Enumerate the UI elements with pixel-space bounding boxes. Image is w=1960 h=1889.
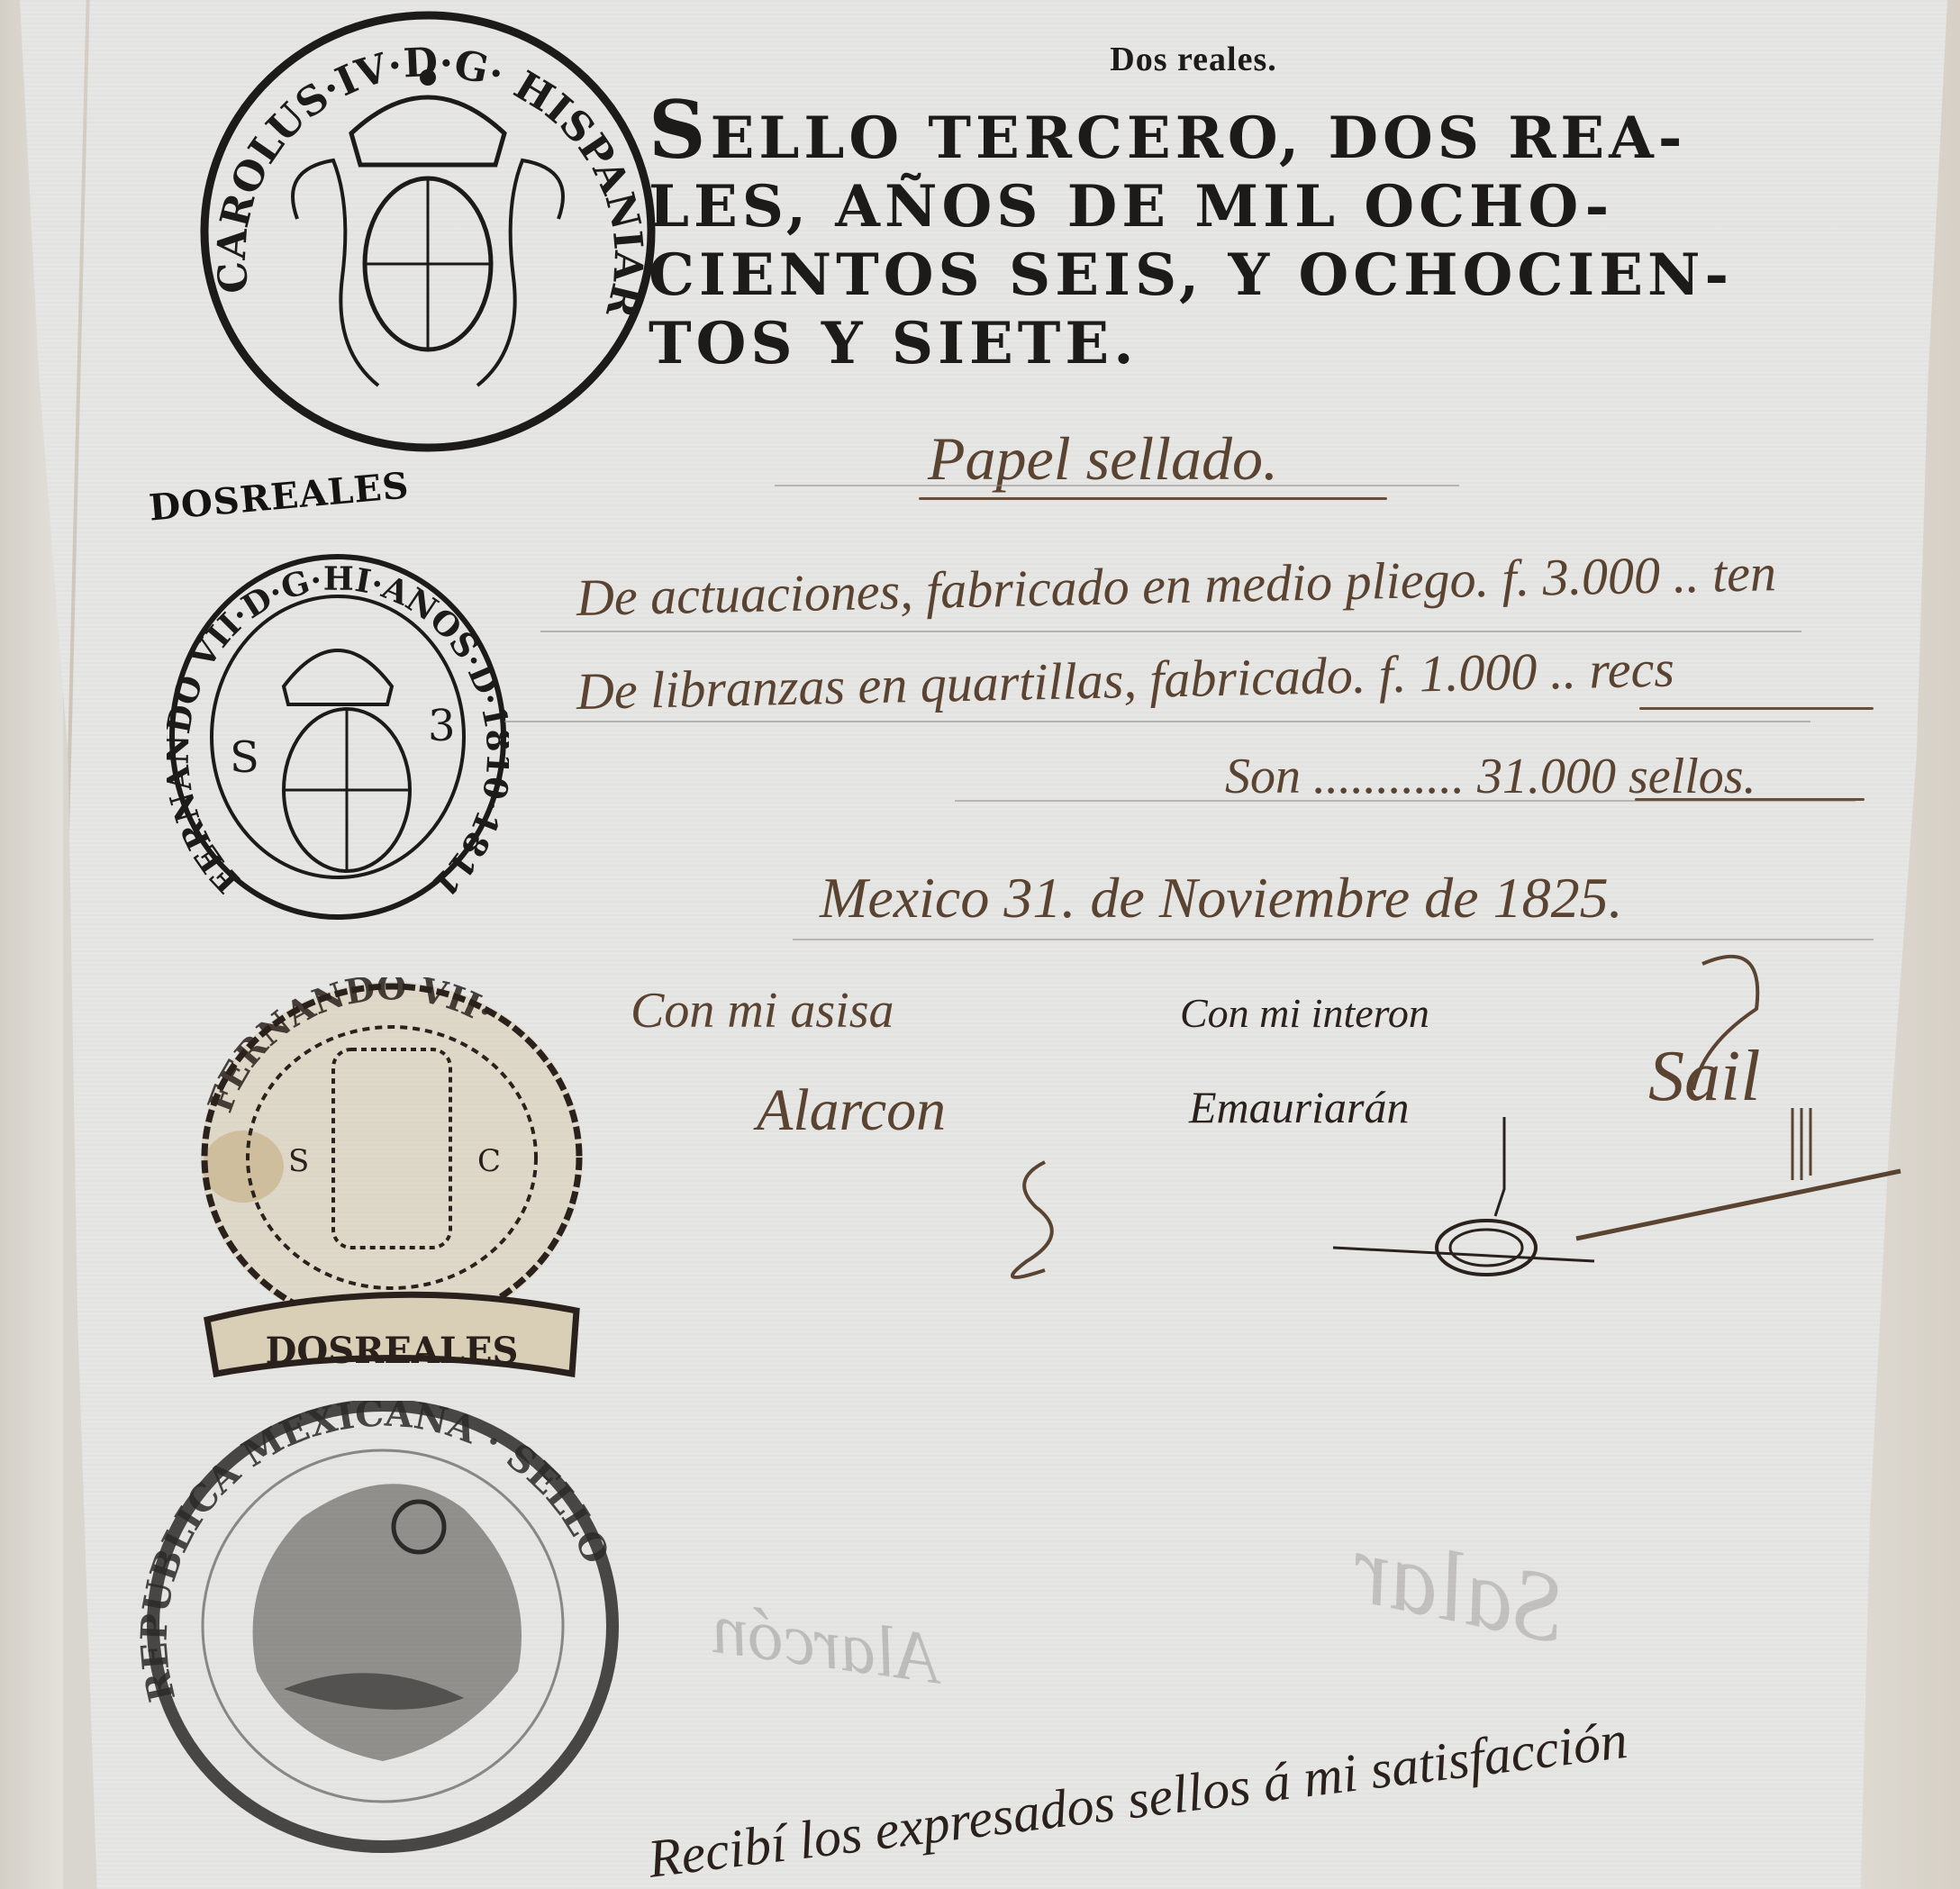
sello-line-4: tos y siete. — [649, 310, 1666, 378]
sello-line-3: cientos seis, y ochocien- — [649, 241, 1666, 310]
signature-alarcon: Alarcon — [757, 1076, 946, 1145]
republica-mexicana-seal: REPUBLICA MEXICANA · SELLO — [122, 1401, 626, 1869]
sello-description: Sello tercero, dos rea- les, años de mil… — [649, 95, 1666, 378]
sello-line-1: Sello tercero, dos rea- — [649, 95, 1666, 173]
sello-line-2: les, años de mil ocho- — [649, 173, 1666, 241]
title-underline — [919, 497, 1387, 500]
fernando-vii-1810-seal: FERNANDO VII·D·G·HI·ANOS·D·1810·1811· S … — [167, 551, 509, 922]
svg-text:3: 3 — [428, 701, 456, 751]
total-underline — [1635, 798, 1865, 801]
carolus-iv-seal: CAROLUS·IV·D·G· HISPANIARUM REX· — [198, 7, 658, 456]
line-2-guide — [504, 721, 1810, 722]
denomination-label: Dos reales. — [649, 40, 1666, 79]
eagle-icon: REPUBLICA MEXICANA · SELLO — [122, 1401, 626, 1869]
svg-text:S: S — [230, 732, 259, 783]
svg-text:FERNANDO VII·D·G·HI·ANOS·D·181: FERNANDO VII·D·G·HI·ANOS·D·1810·1811· — [167, 551, 509, 904]
worn-arms-icon: FERNANDO VII· S C DOSREALES — [198, 977, 585, 1383]
title-guide — [775, 485, 1459, 486]
total-line: Son ............ 31.000 sellos. — [1225, 748, 1756, 805]
place-date-line: Mexico 31. de Noviembre de 1825. — [820, 865, 1623, 931]
attestation-asisa: Con mi asisa — [631, 982, 894, 1040]
fernando-vii-sepia-seal: FERNANDO VII· S C DOSREALES — [198, 977, 585, 1383]
date-guide — [793, 939, 1874, 940]
svg-text:C: C — [477, 1143, 501, 1179]
spanish-arms-icon: FERNANDO VII·D·G·HI·ANOS·D·1810·1811· S … — [167, 551, 509, 922]
signature-emauriaran: Emauriarán — [1189, 1081, 1409, 1133]
svg-text:DOSREALES: DOSREALES — [266, 1330, 519, 1372]
line-1-guide — [540, 631, 1801, 632]
printed-header: Dos reales. Sello tercero, dos rea- les,… — [649, 40, 1666, 378]
attestation-interon: Con mi interon — [1180, 989, 1429, 1037]
coat-of-arms-icon: CAROLUS·IV·D·G· HISPANIARUM REX· — [198, 7, 658, 456]
signature-sail: Sail — [1648, 1036, 1760, 1118]
libranzas-underline — [1639, 707, 1874, 710]
svg-text:S: S — [288, 1143, 309, 1179]
